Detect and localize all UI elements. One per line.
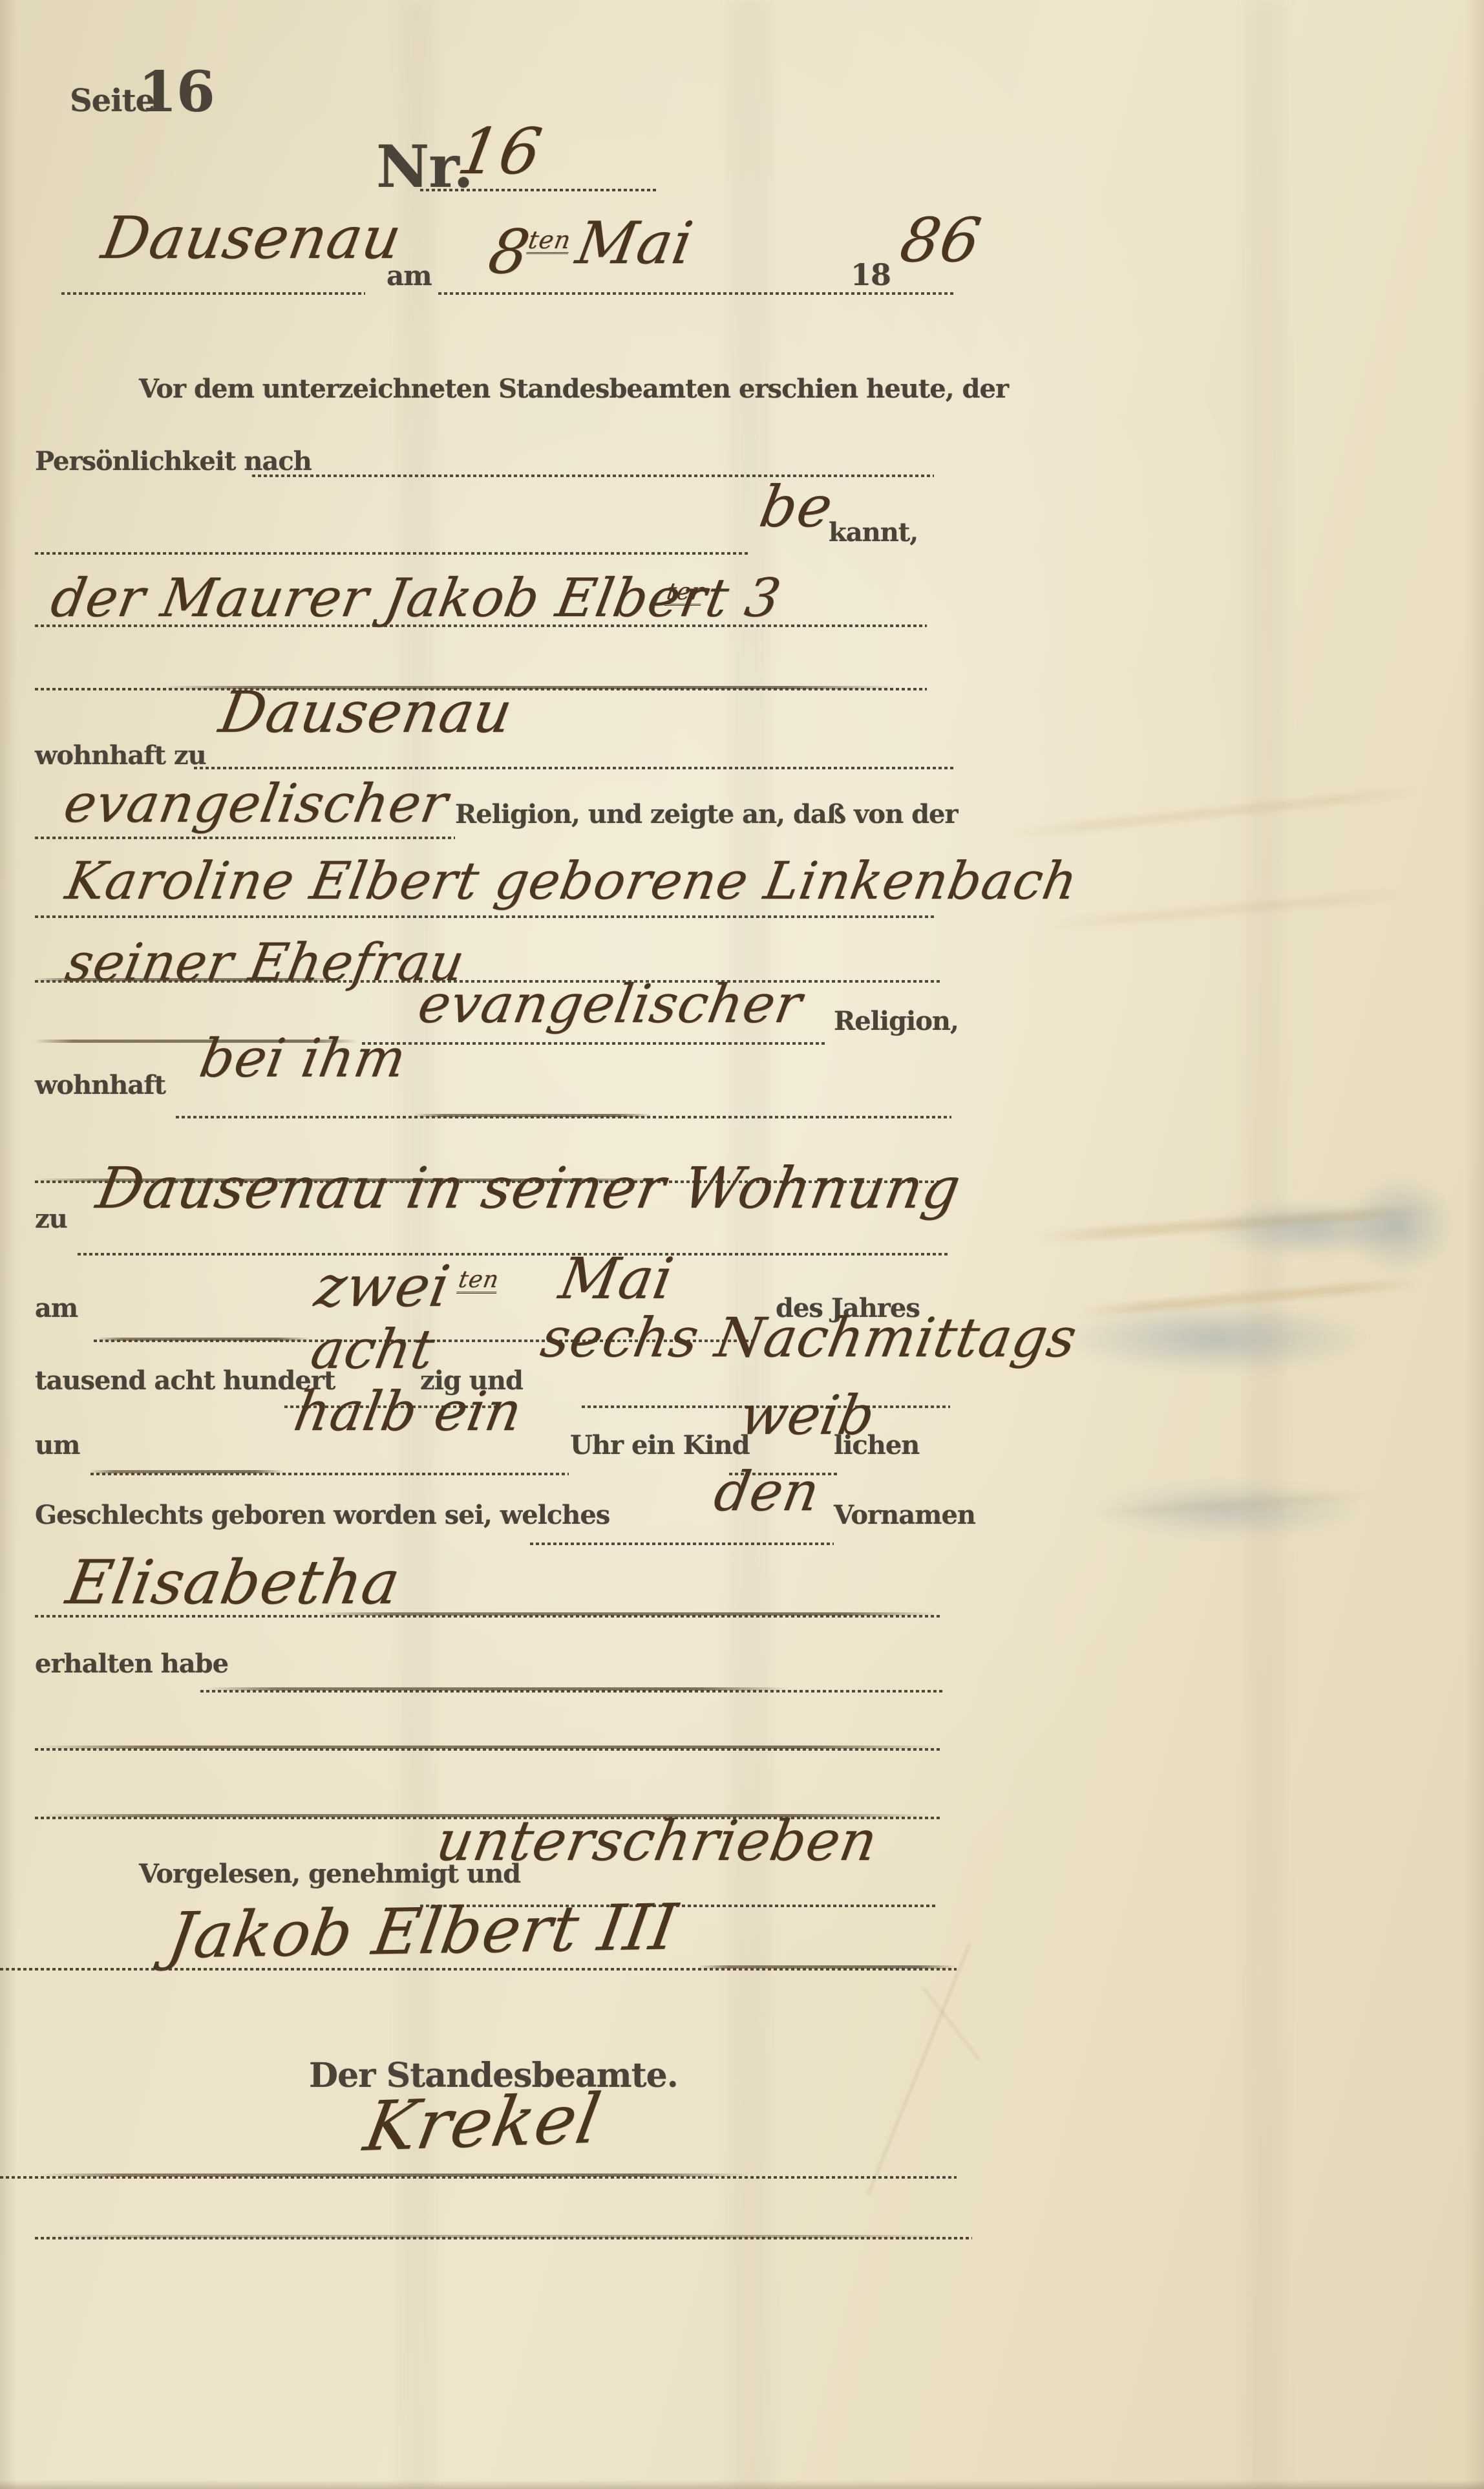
record-number-value: 16	[452, 115, 547, 189]
ink-stroke	[414, 1114, 653, 1117]
dotted-rule	[35, 837, 455, 839]
bleed-through-stamp	[1060, 1303, 1370, 1374]
entry-firstname: Elisabetha	[61, 1548, 405, 1618]
dotted-rule	[530, 1543, 834, 1545]
entry-residence: Dausenau	[215, 679, 518, 745]
entry-birthplace: Dausenau in seiner Wohnung	[92, 1155, 966, 1221]
registry-page: Seite 16 Nr. 16 Dausenau am 8 ten Mai 18…	[0, 0, 1484, 2489]
entry-religion-father: evangelischer	[59, 773, 452, 835]
form-kannt: kannt,	[829, 517, 918, 548]
bleed-through-stamp	[1092, 1480, 1364, 1539]
entry-units-daytime: sechs Nachmittags	[536, 1306, 1082, 1369]
paper-crease	[922, 1987, 980, 2060]
page-number: 16	[138, 59, 215, 125]
ink-stroke	[698, 1965, 957, 1969]
dotted-rule	[35, 625, 927, 627]
dotted-rule	[420, 189, 656, 191]
paper-crease	[867, 1943, 971, 2195]
form-religion-zeigte-an: Religion, und zeigte an, daß von der	[455, 799, 958, 829]
registrar-signature: Krekel	[359, 2079, 607, 2166]
dotted-rule	[35, 915, 935, 918]
form-tausend: tausend acht hundert	[35, 1365, 335, 1396]
bleed-through-stamp	[1344, 1177, 1454, 1274]
form-vornamen: Vornamen	[834, 1500, 975, 1530]
dotted-rule	[194, 767, 955, 769]
dotted-rule	[438, 292, 955, 295]
form-zu: zu	[35, 1204, 67, 1234]
dotted-rule	[78, 1253, 950, 1255]
ink-stroke	[97, 1338, 310, 1341]
form-religion2: Religion,	[834, 1006, 959, 1036]
dotted-rule	[35, 552, 749, 555]
ink-stroke	[39, 2235, 957, 2238]
entry-birth-month: Mai	[555, 1245, 679, 1312]
form-geschlechts: Geschlechts geboren worden sei, welches	[35, 1500, 609, 1530]
form-persoenlichkeit: Persönlichkeit nach	[35, 446, 312, 476]
entry-unterschrieben: unterschrieben	[432, 1809, 883, 1874]
form-lichen: lichen	[834, 1430, 919, 1460]
entry-bekannt-prefix: be	[755, 473, 838, 540]
entry-time: halb ein	[290, 1380, 527, 1443]
entry-den: den	[710, 1460, 825, 1523]
entry-bei-ihm: bei ihm	[195, 1028, 411, 1089]
entry-mother-name: Karoline Elbert geborene Linkenbach	[61, 851, 1083, 911]
dotted-rule	[61, 292, 365, 295]
form-intro: Vor dem unterzeichneten Standesbeamten e…	[139, 374, 1008, 404]
form-uhr-ein-kind: Uhr ein Kind	[570, 1430, 750, 1460]
dateline-day-suffix: ten	[526, 228, 573, 254]
dateline-month: Mai	[571, 209, 698, 277]
ink-stroke	[90, 1470, 284, 1473]
dateline-year-printed: 18	[851, 257, 891, 292]
form-wohnhaft-zu: wohnhaft zu	[35, 740, 206, 771]
form-um: um	[35, 1430, 79, 1460]
entry-birth-day: zwei	[310, 1253, 455, 1319]
ink-stroke	[317, 1612, 937, 1616]
dateline-am: am	[387, 260, 432, 292]
dotted-rule	[362, 1042, 827, 1045]
form-wohnhaft: wohnhaft	[35, 1070, 165, 1100]
ink-stroke	[35, 978, 339, 981]
ink-stroke	[35, 1746, 940, 1749]
ink-stroke	[39, 2174, 750, 2177]
ink-stroke	[207, 1687, 789, 1691]
bleed-through-writing	[1009, 787, 1421, 839]
form-erhalten-habe: erhalten habe	[35, 1649, 228, 1679]
entry-declarant-suffix: ter	[664, 581, 705, 606]
bleed-through-writing	[1047, 890, 1408, 930]
entry-religion-mother: evangelischer	[414, 974, 807, 1035]
form-am: am	[35, 1293, 78, 1323]
entry-ehefrau: seiner Ehefrau	[61, 932, 469, 992]
dateline-place: Dausenau	[97, 204, 407, 272]
dateline-year-written: 86	[895, 206, 986, 276]
declarant-signature: Jakob Elbert III	[163, 1890, 683, 1973]
entry-birth-day-suffix: ten	[456, 1268, 501, 1294]
